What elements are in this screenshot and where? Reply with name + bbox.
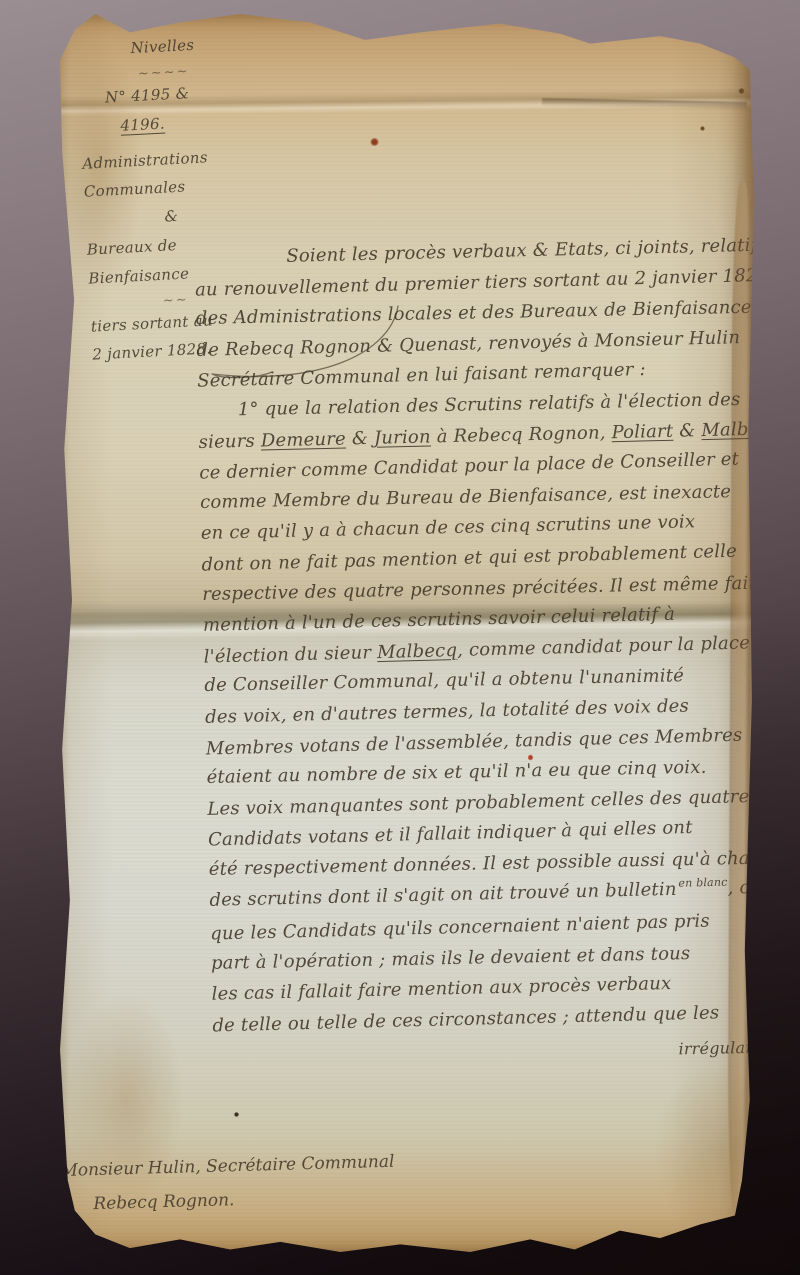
letter-body: Soient les procès verbaux & Etats, ci jo… <box>194 230 787 1075</box>
ink-speck <box>738 88 745 94</box>
margin-note: Administrations <box>82 145 255 174</box>
address-footer: Monsieur Hulin, Secrétaire CommunalRebec… <box>60 1142 502 1222</box>
margin-note: Nivelles <box>76 33 249 62</box>
text-run: , comme candidat pour la place <box>457 632 750 661</box>
text-run: , <box>781 418 787 439</box>
text-run: à Rebecq Rognon, <box>431 422 612 447</box>
underlined-name: Malbecq <box>701 418 782 441</box>
text-run: irrégularités <box>678 1038 783 1059</box>
text-run: & <box>673 420 702 442</box>
paper-torn-fold-shadow <box>542 98 747 112</box>
underlined-name: Malbecq <box>377 640 458 663</box>
text-run: étaient au nombre de six et qu'il n'a eu… <box>206 757 706 788</box>
text-run: des scrutins dont il s'agit on ait trouv… <box>209 879 677 911</box>
ink-speck <box>700 126 705 131</box>
underlined-name: Demeure <box>261 428 347 451</box>
text-run: & <box>346 427 375 449</box>
rust-spot <box>370 138 379 146</box>
age-stain <box>648 1056 798 1246</box>
photo-backdrop: Nivelles~~~~N° 4195 &4196.Administration… <box>0 0 800 1275</box>
margin-note: & <box>85 203 258 232</box>
margin-note: 4196. <box>80 110 253 139</box>
text-run: les cas il fallait faire mention aux pro… <box>211 973 671 1005</box>
text-run: part à l'opération ; mais ils le devaien… <box>211 943 691 974</box>
underlined-name: Poliart <box>611 420 673 442</box>
margin-note: N° 4195 & <box>79 81 252 110</box>
underlined-name: Jurion <box>374 426 431 448</box>
stray-ink-dot <box>234 1112 239 1117</box>
interlinear-insertion: en blanc <box>678 876 727 890</box>
manuscript-sheet: Nivelles~~~~N° 4195 &4196.Administration… <box>48 6 754 1262</box>
text-run: l'élection du sieur <box>203 642 377 668</box>
text-run: , ou <box>727 877 762 899</box>
text-run: Secrétaire Communal en lui faisant remar… <box>197 359 646 392</box>
margin-note: Communales <box>83 174 256 203</box>
text-run: de Conseiller Communal, qu'il a obtenu l… <box>204 665 684 696</box>
text-run: sieurs <box>198 430 261 452</box>
